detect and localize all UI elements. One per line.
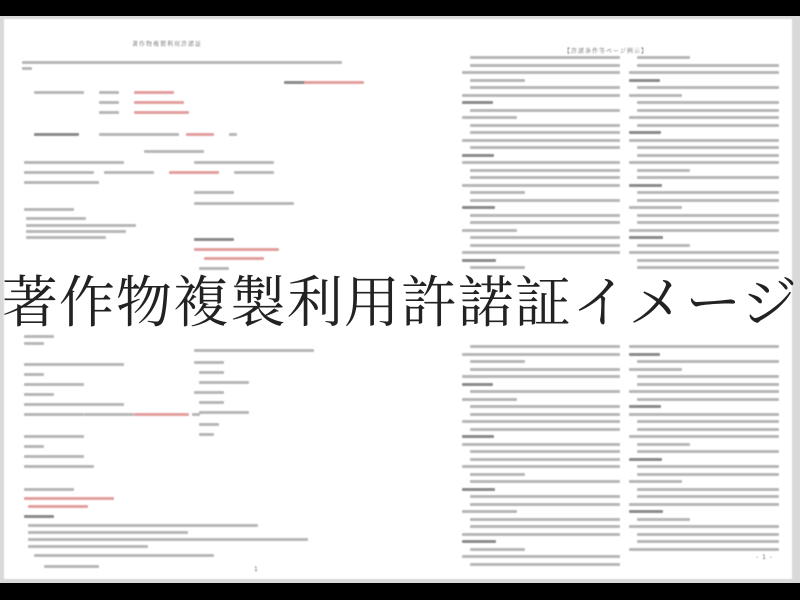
text-line: [629, 548, 779, 551]
text-line: [462, 353, 620, 356]
text-line: [134, 91, 174, 94]
text-line: [470, 86, 620, 89]
text-line: [470, 563, 620, 566]
text-line: [637, 428, 779, 431]
text-line: [637, 540, 779, 543]
text-line: [470, 79, 525, 82]
text-line: [186, 133, 214, 136]
text-line: [637, 450, 779, 453]
text-line: [84, 413, 134, 416]
text-line: [637, 154, 779, 157]
text-line: [462, 398, 517, 401]
text-line: [637, 398, 779, 401]
text-line: [462, 161, 620, 164]
text-line: [637, 473, 779, 476]
text-line: [28, 545, 148, 548]
text-line: [637, 214, 779, 217]
text-line: [304, 81, 364, 84]
text-line: [199, 411, 249, 414]
text-line: [629, 525, 779, 528]
text-line: [229, 133, 237, 136]
text-line: [462, 116, 517, 119]
text-line: [629, 94, 682, 97]
text-line: [462, 184, 620, 187]
text-line: [28, 538, 308, 541]
text-line: [637, 176, 779, 179]
text-line: [462, 94, 620, 97]
text-line: [629, 236, 663, 239]
text-line: [24, 413, 84, 416]
text-line: [637, 443, 690, 446]
text-line: [462, 375, 620, 378]
text-line: [637, 146, 779, 149]
right-page-number: - 1 -: [756, 554, 773, 561]
text-line: [194, 191, 234, 194]
text-line: [637, 383, 779, 386]
text-line: [28, 524, 258, 527]
text-line: [194, 248, 279, 251]
text-line: [629, 206, 682, 209]
text-line: [629, 184, 662, 187]
text-line: [470, 146, 620, 149]
text-line: [28, 505, 88, 508]
text-line: [629, 139, 779, 142]
text-line: [24, 497, 114, 500]
text-line: [24, 373, 44, 376]
text-line: [637, 124, 779, 127]
right-page-heading: 【許諾条件等ページ例示】: [564, 46, 648, 55]
text-line: [470, 413, 620, 416]
text-line: [462, 465, 620, 468]
text-line: [24, 465, 94, 468]
text-line: [470, 503, 620, 506]
text-line: [24, 383, 84, 386]
text-line: [194, 161, 274, 164]
text-line: [24, 403, 124, 406]
text-line: [470, 360, 525, 363]
text-line: [194, 391, 224, 394]
text-line: [24, 181, 99, 184]
text-line: [24, 435, 84, 438]
text-line: [629, 131, 661, 134]
text-line: [26, 236, 106, 239]
text-line: [629, 390, 779, 393]
text-line: [134, 413, 189, 416]
text-line: [637, 86, 779, 89]
text-line: [26, 230, 126, 233]
text-line: [22, 61, 342, 64]
text-line: [134, 101, 184, 104]
text-line: [637, 375, 779, 378]
text-line: [144, 150, 204, 153]
text-line: [629, 79, 660, 82]
text-line: [629, 71, 779, 74]
text-line: [629, 458, 662, 461]
text-line: [470, 473, 525, 476]
text-line: [28, 531, 188, 534]
text-line: [637, 169, 690, 172]
text-line: [169, 171, 219, 174]
text-line: [134, 111, 189, 114]
text-line: [470, 199, 620, 202]
text-line: [629, 368, 682, 371]
text-line: [462, 71, 620, 74]
text-line: [470, 368, 620, 371]
text-line: [637, 495, 779, 498]
text-line: [470, 124, 620, 127]
text-line: [470, 525, 620, 528]
text-line: [24, 393, 54, 396]
text-line: [470, 495, 620, 498]
text-line: [24, 161, 124, 164]
text-line: [462, 488, 495, 491]
text-line: [234, 171, 274, 174]
text-line: [637, 533, 779, 536]
text-line: [470, 214, 620, 217]
text-line: [462, 435, 494, 438]
text-line: [470, 518, 620, 521]
text-line: [34, 91, 84, 94]
text-line: [44, 565, 99, 568]
text-line: [462, 540, 496, 543]
text-line: [104, 171, 154, 174]
text-line: [637, 109, 779, 112]
text-line: [470, 450, 620, 453]
text-line: [470, 345, 620, 348]
text-line: [470, 169, 620, 172]
text-line: [637, 221, 779, 224]
left-page-heading: 著作物複製利用許諾証: [132, 39, 202, 48]
text-line: [24, 342, 44, 345]
overlay-title-text: 著作物複製利用許諾証イメージ: [2, 259, 798, 339]
text-line: [99, 101, 119, 104]
text-line: [470, 244, 620, 247]
text-line: [629, 353, 660, 356]
text-line: [637, 191, 779, 194]
text-line: [199, 381, 249, 384]
text-line: [637, 64, 779, 67]
text-line: [470, 56, 620, 59]
text-line: [26, 224, 136, 227]
text-line: [462, 154, 494, 157]
text-line: [470, 390, 620, 393]
text-line: [24, 455, 84, 458]
text-line: [462, 420, 620, 423]
text-line: [199, 371, 224, 374]
left-page-number: 1: [254, 566, 259, 573]
text-line: [34, 133, 79, 136]
text-line: [24, 445, 44, 448]
text-line: [470, 548, 525, 551]
text-line: [34, 554, 214, 557]
text-line: [470, 131, 620, 134]
text-line: [470, 236, 620, 239]
text-line: [470, 458, 620, 461]
text-line: [462, 206, 495, 209]
text-line: [24, 363, 124, 366]
text-line: [24, 488, 74, 491]
text-line: [194, 202, 294, 205]
text-line: [637, 199, 779, 202]
text-line: [637, 244, 690, 247]
text-line: [470, 221, 620, 224]
text-line: [194, 238, 234, 241]
text-line: [637, 101, 779, 104]
text-line: [462, 383, 493, 386]
text-line: [629, 510, 663, 513]
text-line: [462, 101, 493, 104]
text-line: [194, 361, 224, 364]
text-line: [462, 251, 620, 254]
text-line: [462, 229, 517, 232]
text-line: [629, 229, 779, 232]
text-line: [637, 420, 779, 423]
text-line: [462, 555, 620, 558]
text-line: [629, 251, 779, 254]
text-line: [629, 413, 779, 416]
text-line: [24, 171, 94, 174]
text-line: [470, 109, 620, 112]
text-line: [99, 91, 119, 94]
text-line: [462, 533, 620, 536]
text-line: [199, 423, 219, 426]
text-line: [199, 433, 214, 436]
text-line: [629, 503, 779, 506]
text-line: [637, 518, 690, 521]
text-line: [24, 208, 74, 211]
text-line: [22, 67, 32, 70]
text-line: [629, 116, 779, 119]
text-line: [26, 217, 86, 220]
text-line: [470, 64, 620, 67]
text-line: [199, 401, 224, 404]
text-line: [637, 465, 779, 468]
text-line: [637, 488, 779, 491]
text-line: [629, 435, 779, 438]
overlay-title: 著作物複製利用許諾証イメージ: [0, 264, 800, 334]
text-line: [470, 480, 620, 483]
text-line: [470, 176, 620, 179]
text-line: [629, 405, 661, 408]
text-line: [637, 360, 779, 363]
text-line: [462, 139, 620, 142]
text-line: [194, 349, 314, 352]
text-line: [24, 515, 54, 518]
text-line: [99, 133, 179, 136]
text-line: [629, 161, 779, 164]
text-line: [470, 191, 525, 194]
text-line: [462, 510, 517, 513]
text-line: [192, 413, 200, 416]
text-line: [470, 405, 620, 408]
text-line: [462, 443, 620, 446]
text-line: [629, 480, 682, 483]
text-line: [99, 111, 119, 114]
text-line: [629, 345, 779, 348]
text-line: [470, 428, 620, 431]
text-line: [637, 56, 690, 59]
